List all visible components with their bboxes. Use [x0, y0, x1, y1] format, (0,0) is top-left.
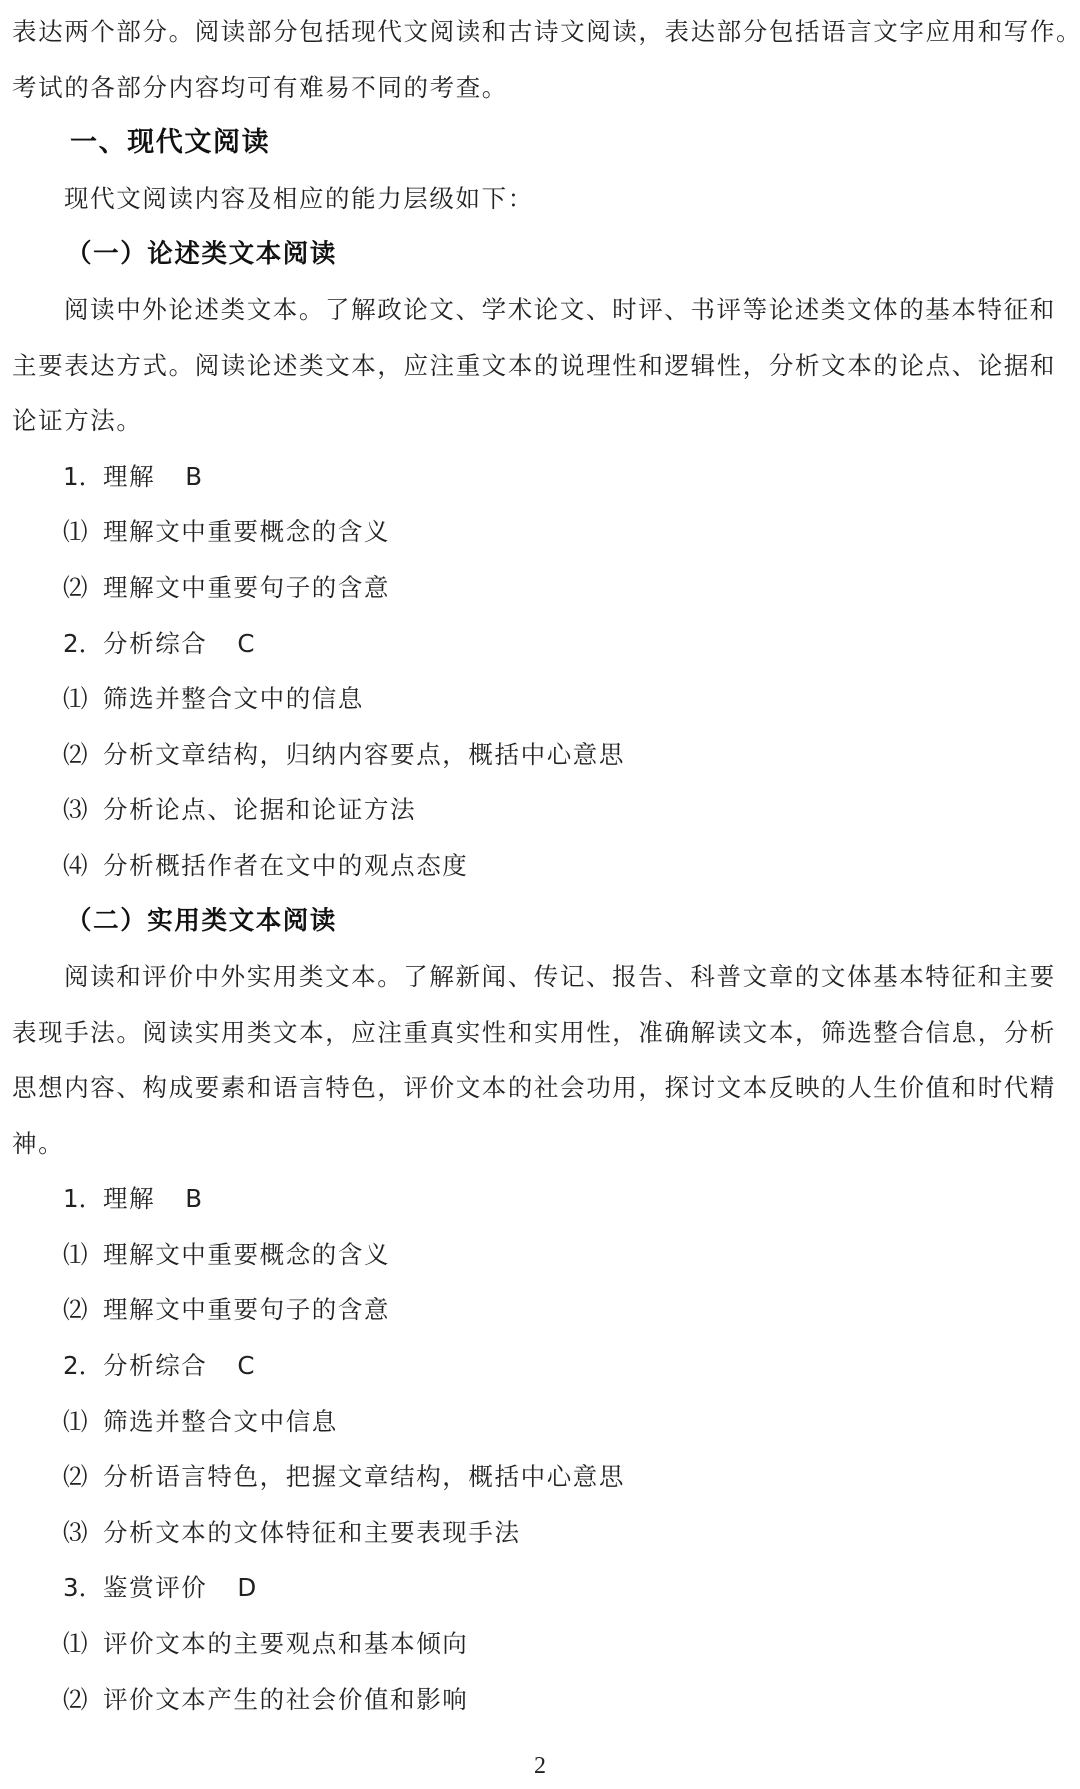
paragraph-line: 主要表达方式。阅读论述类文本，应注重文本的说理性和逻辑性，分析文本的论点、论据和: [12, 338, 1056, 394]
item-text: 分析概括作者在文中的观点态度: [103, 851, 468, 880]
ability-level: B: [185, 449, 203, 505]
item-text: 理解文中重要概念的含义: [103, 1240, 390, 1269]
paragraph-line: 思想内容、构成要素和语言特色，评价文本的社会功用，探讨文本反映的人生价值和时代精: [12, 1060, 1056, 1116]
item-number: ⑵: [63, 1449, 103, 1505]
list-item: ⑵分析语言特色，把握文章结构，概括中心意思: [63, 1449, 625, 1505]
document-page: 表达两个部分。阅读部分包括现代文阅读和古诗文阅读，表达部分包括语言文字应用和写作…: [0, 0, 1080, 1789]
item-number: 3．: [63, 1560, 103, 1616]
item-text: 筛选并整合文中信息: [103, 1407, 338, 1436]
item-text: 分析论点、论据和论证方法: [103, 795, 416, 824]
page-number: 2: [0, 1748, 1080, 1784]
item-number: ⑵: [63, 1282, 103, 1338]
list-item: ⑶分析论点、论据和论证方法: [63, 782, 416, 838]
list-item: ⑵理解文中重要句子的含意: [63, 1282, 390, 1338]
list-item: ⑴理解文中重要概念的含义: [63, 504, 390, 560]
item-number: ⑴: [63, 671, 103, 727]
item-text: 分析综合: [103, 629, 207, 658]
intro-line-1: 表达两个部分。阅读部分包括现代文阅读和古诗文阅读，表达部分包括语言文字应用和写作…: [12, 4, 1080, 60]
list-item: ⑷分析概括作者在文中的观点态度: [63, 838, 468, 894]
item-text: 鉴赏评价: [103, 1573, 207, 1602]
item-number: ⑶: [63, 782, 103, 838]
ability-level: C: [237, 1338, 256, 1394]
list-item: ⑵评价文本产生的社会价值和影响: [63, 1672, 468, 1728]
paragraph-line: 阅读中外论述类文本。了解政论文、学术论文、时评、书评等论述类文体的基本特征和: [64, 282, 1056, 338]
item-text: 筛选并整合文中的信息: [103, 684, 364, 713]
item-text: 评价文本的主要观点和基本倾向: [103, 1629, 468, 1658]
item-text: 理解文中重要句子的含意: [103, 1295, 390, 1324]
list-item: 1．理解B: [63, 1171, 204, 1227]
item-number: ⑴: [63, 504, 103, 560]
section-heading: 一、现代文阅读: [70, 115, 270, 171]
item-text: 分析综合: [103, 1351, 207, 1380]
section-intro: 现代文阅读内容及相应的能力层级如下：: [64, 171, 534, 227]
list-item: ⑵理解文中重要句子的含意: [63, 560, 390, 616]
item-text: 分析语言特色，把握文章结构，概括中心意思: [103, 1462, 625, 1491]
list-item: ⑶分析文本的文体特征和主要表现手法: [63, 1505, 521, 1561]
ability-level: B: [185, 1171, 203, 1227]
list-item: 1．理解B: [63, 449, 204, 505]
item-text: 评价文本产生的社会价值和影响: [103, 1685, 468, 1714]
paragraph-line: 表现手法。阅读实用类文本，应注重真实性和实用性，准确解读文本，筛选整合信息，分析: [12, 1005, 1056, 1061]
list-item: ⑴理解文中重要概念的含义: [63, 1227, 390, 1283]
item-number: ⑴: [63, 1394, 103, 1450]
item-number: ⑷: [63, 838, 103, 894]
subsection-heading-argumentative: （一）论述类文本阅读: [66, 226, 337, 282]
list-item: 2．分析综合C: [63, 1338, 256, 1394]
intro-line-2: 考试的各部分内容均可有难易不同的考查。: [12, 60, 508, 116]
item-number: ⑴: [63, 1227, 103, 1283]
item-number: ⑵: [63, 727, 103, 783]
item-text: 分析文本的文体特征和主要表现手法: [103, 1518, 521, 1547]
item-number: ⑶: [63, 1505, 103, 1561]
item-text: 理解文中重要概念的含义: [103, 517, 390, 546]
item-text: 理解: [103, 462, 155, 491]
paragraph-line: 神。: [12, 1116, 64, 1172]
list-item: ⑴评价文本的主要观点和基本倾向: [63, 1616, 468, 1672]
item-number: 1．: [63, 449, 103, 505]
subsection-heading-practical: （二）实用类文本阅读: [66, 893, 337, 949]
paragraph-line: 论证方法。: [12, 393, 143, 449]
list-item: ⑵分析文章结构，归纳内容要点，概括中心意思: [63, 727, 625, 783]
paragraph-line: 阅读和评价中外实用类文本。了解新闻、传记、报告、科普文章的文体基本特征和主要: [64, 949, 1056, 1005]
item-number: 2．: [63, 616, 103, 672]
item-text: 分析文章结构，归纳内容要点，概括中心意思: [103, 740, 625, 769]
ability-level: D: [237, 1560, 257, 1616]
list-item: 3．鉴赏评价D: [63, 1560, 258, 1616]
item-number: 1．: [63, 1171, 103, 1227]
list-item: ⑴筛选并整合文中的信息: [63, 671, 364, 727]
ability-level: C: [237, 616, 256, 672]
item-number: 2．: [63, 1338, 103, 1394]
item-number: ⑵: [63, 1672, 103, 1728]
item-text: 理解: [103, 1184, 155, 1213]
item-number: ⑵: [63, 560, 103, 616]
item-number: ⑴: [63, 1616, 103, 1672]
item-text: 理解文中重要句子的含意: [103, 573, 390, 602]
list-item: ⑴筛选并整合文中信息: [63, 1394, 338, 1450]
list-item: 2．分析综合C: [63, 616, 256, 672]
